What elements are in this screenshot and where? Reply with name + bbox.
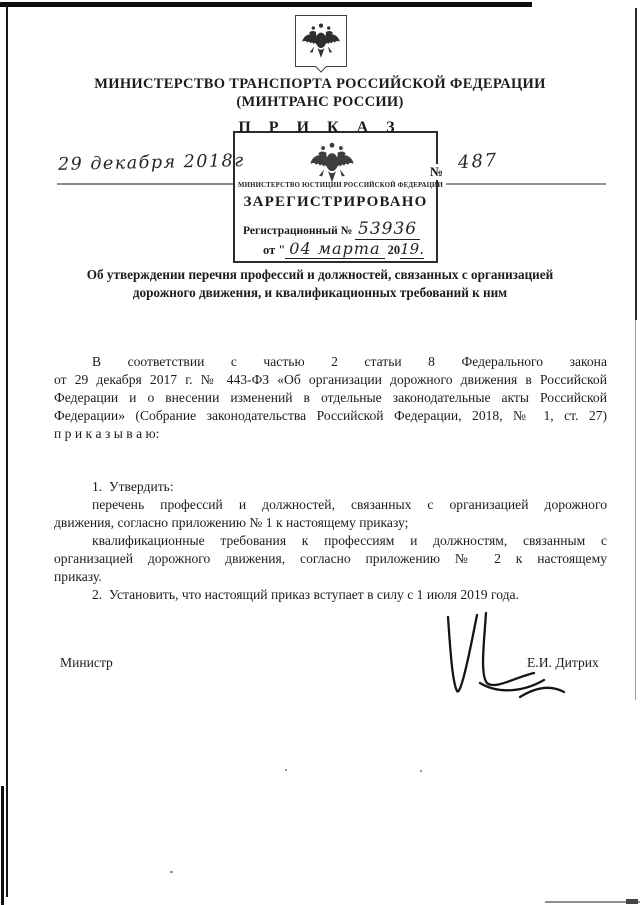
justice-ministry-registration-stamp: МИНИСТЕРСТВО ЮСТИЦИИ РОССИЙСКОЙ ФЕДЕРАЦИ… bbox=[233, 131, 438, 263]
stamp-date-prefix: от " bbox=[263, 243, 285, 257]
ministry-short-name: (МИНТРАНС РОССИИ) bbox=[0, 94, 640, 112]
scan-border-left bbox=[6, 4, 8, 897]
scan-artifact bbox=[285, 769, 287, 771]
body-line: квалификационные требования к профессиям… bbox=[54, 532, 607, 550]
state-emblem-shield bbox=[295, 15, 347, 67]
double-headed-eagle-icon bbox=[300, 21, 342, 61]
body-line: В соответствии с частью 2 статьи 8 Федер… bbox=[54, 353, 607, 371]
order-title-line2: дорожного движения, и квалификационных т… bbox=[30, 284, 610, 302]
stamp-date-day-month: 04 марта bbox=[285, 239, 384, 259]
stamp-reg-number-value: 53936 bbox=[355, 219, 420, 240]
scan-border-left-lower bbox=[1, 786, 4, 905]
scan-border-bottom-nub bbox=[626, 899, 638, 904]
stamp-eagle-icon bbox=[307, 142, 357, 184]
signer-name: Е.И. Дитрих bbox=[527, 655, 599, 671]
order-title-line1: Об утверждении перечня профессий и должн… bbox=[30, 266, 610, 284]
scan-artifact bbox=[170, 871, 173, 873]
order-title: Об утверждении перечня профессий и должн… bbox=[30, 266, 610, 302]
number-sign: № bbox=[428, 164, 445, 180]
scan-border-top bbox=[0, 2, 532, 7]
body-line: организацией дорожного движения, согласн… bbox=[54, 550, 607, 568]
document-type-heading: П Р И К А З bbox=[0, 119, 640, 137]
number-rule-line bbox=[446, 183, 606, 185]
date-rule-line bbox=[57, 183, 233, 185]
stamp-date-line: от "04 марта 2019. bbox=[263, 239, 433, 258]
body-line: приказу. bbox=[54, 568, 607, 586]
stamp-org-line: МИНИСТЕРСТВО ЮСТИЦИИ РОССИЙСКОЙ ФЕДЕРАЦИ… bbox=[238, 182, 433, 189]
body-text: В соответствии с частью 2 статьи 8 Федер… bbox=[54, 353, 607, 604]
document-page: МИНИСТЕРСТВО ТРАНСПОРТА РОССИЙСКОЙ ФЕДЕР… bbox=[0, 0, 640, 905]
signer-position: Министр bbox=[60, 655, 113, 671]
body-line: движения, согласно приложению № 1 к наст… bbox=[54, 514, 607, 532]
body-line: перечень профессий и должностей, связанн… bbox=[54, 496, 607, 514]
body-line: 1. Утвердить: bbox=[54, 478, 607, 496]
body-line: Федерации» (Собрание законодательства Ро… bbox=[54, 407, 607, 425]
body-line: от 29 декабря 2017 г. № 443-ФЗ «Об орган… bbox=[54, 371, 607, 389]
scan-border-right bbox=[635, 8, 637, 320]
stamp-date-century: 20 bbox=[388, 243, 401, 257]
handwritten-date: 29 декабря 2018г bbox=[58, 151, 243, 175]
body-line: Федерации и о внесении изменений в отдел… bbox=[54, 389, 607, 407]
scan-border-right-faint bbox=[635, 320, 636, 700]
scan-artifact bbox=[420, 770, 422, 772]
stamp-date-year: 19. bbox=[400, 240, 424, 259]
ministry-name: МИНИСТЕРСТВО ТРАНСПОРТА РОССИЙСКОЙ ФЕДЕР… bbox=[0, 76, 640, 94]
stamp-reg-number-label: Регистрационный № bbox=[243, 225, 352, 237]
ministry-header: МИНИСТЕРСТВО ТРАНСПОРТА РОССИЙСКОЙ ФЕДЕР… bbox=[0, 76, 640, 111]
stamp-reg-number-line: Регистрационный № 53936 bbox=[243, 219, 433, 239]
body-line: п р и к а з ы в а ю: bbox=[54, 425, 607, 443]
handwritten-order-number: 487 bbox=[457, 150, 499, 174]
stamp-registered-label: ЗАРЕГИСТРИРОВАНО bbox=[235, 194, 436, 211]
body-line: 2. Установить, что настоящий приказ всту… bbox=[54, 586, 607, 604]
